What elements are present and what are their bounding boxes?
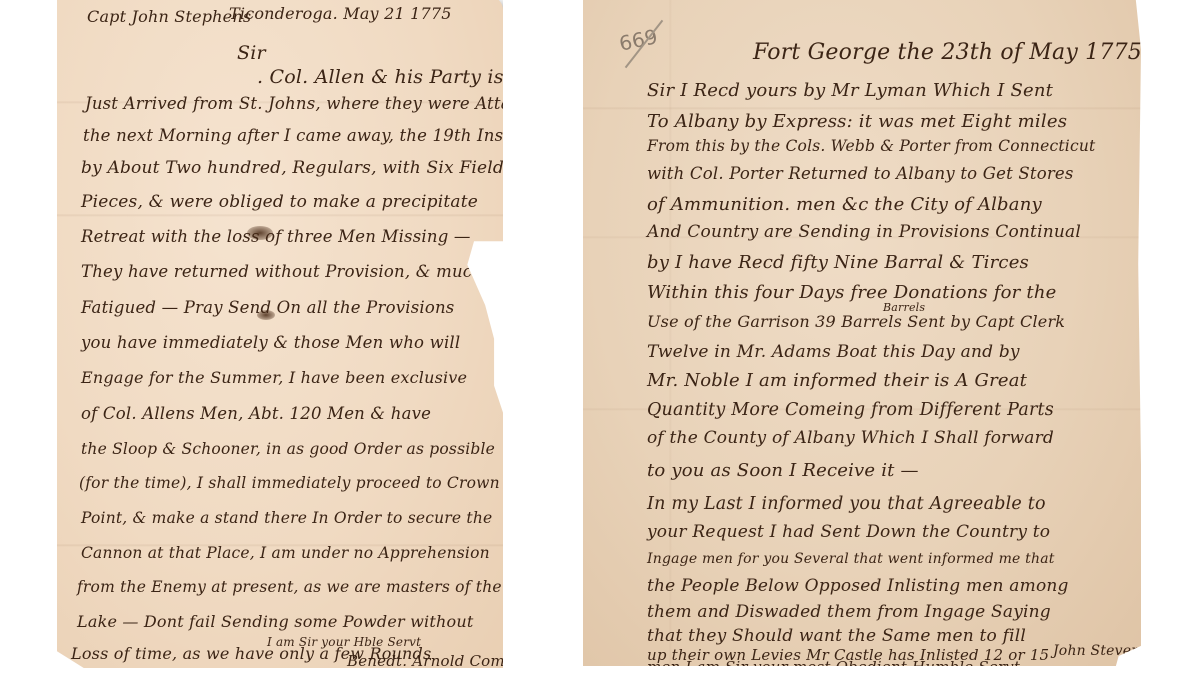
letter-line: them and Diswaded them from Ingage Sayin… xyxy=(647,604,1051,621)
closing: I am Sir your Hble Servt xyxy=(267,636,421,648)
addressee: Capt John Stephens xyxy=(87,9,251,25)
letter-line: men I am Sir your most Obedient Humble S… xyxy=(647,660,1020,675)
place-date: Fort George the 23th of May 1775 xyxy=(753,42,1142,64)
letter-line: the Sloop & Schooner, in as good Order a… xyxy=(81,442,495,458)
letter-line: you have immediately & those Men who wil… xyxy=(81,335,460,352)
signature: Benedt. Arnold Comdr xyxy=(347,654,522,669)
letter-line: to you as Soon I Receive it — xyxy=(647,462,919,480)
letter-line: the next Morning after I came away, the … xyxy=(83,128,516,145)
letter-line: Engage for the Summer, I have been exclu… xyxy=(81,370,467,386)
letter-line: of Ammunition. men &c the City of Albany xyxy=(647,196,1042,214)
letter-line: From this by the Cols. Webb & Porter fro… xyxy=(647,139,1095,155)
letter-line: your Request I had Sent Down the Country… xyxy=(647,524,1050,541)
letter-line: They have returned without Provision, & … xyxy=(81,264,483,281)
letter-line: In my Last I informed you that Agreeable… xyxy=(647,496,1046,514)
letter-line: Cannon at that Place, I am under no Appr… xyxy=(81,546,490,562)
letter-line: from the Enemy at present, as we are mas… xyxy=(77,580,502,596)
letter-line: by About Two hundred, Regulars, with Six… xyxy=(81,160,504,177)
letter-line: And Country are Sending in Provisions Co… xyxy=(647,224,1081,241)
letter-line: that they Should want the Same men to fi… xyxy=(647,628,1026,645)
place-date: Ticonderoga. May 21 1775 xyxy=(229,6,452,22)
letter-line: Sir I Recd yours by Mr Lyman Which I Sen… xyxy=(647,82,1053,100)
letter-arnold: Ticonderoga. May 21 1775 Capt John Steph… xyxy=(57,0,503,668)
letter-line: Pieces, & were obliged to make a precipi… xyxy=(81,194,478,211)
ink-blot xyxy=(257,310,275,320)
letter-line: by I have Recd fifty Nine Barral & Tirce… xyxy=(647,254,1029,272)
letter-line: Use of the Garrison 39 Barrels Sent by C… xyxy=(647,314,1065,330)
letter-line: Lake — Dont fail Sending some Powder wit… xyxy=(77,614,473,630)
letter-line: Mr. Noble I am informed their is A Great xyxy=(647,372,1027,390)
letter-stevens: 669 Fort George the 23th of May 1775 Sir… xyxy=(583,0,1141,666)
letter-line: of Col. Allens Men, Abt. 120 Men & have xyxy=(81,406,431,423)
signature: John Stevens xyxy=(1053,644,1148,658)
ink-blot xyxy=(247,226,273,240)
salutation: Sir xyxy=(237,44,266,63)
letter-line: To Albany by Express: it was met Eight m… xyxy=(647,113,1067,131)
letter-line: with Col. Porter Returned to Albany to G… xyxy=(647,166,1074,183)
letter-line: Point, & make a stand there In Order to … xyxy=(81,511,492,527)
letter-line: Retreat with the loss of three Men Missi… xyxy=(81,229,471,246)
letter-line: Quantity More Comeing from Different Par… xyxy=(647,402,1054,420)
letter-line: (for the time), I shall immediately proc… xyxy=(79,476,500,492)
letter-line: Just Arrived from St. Johns, where they … xyxy=(85,96,551,113)
letter-line: of the County of Albany Which I Shall fo… xyxy=(647,430,1054,447)
letter-line: Ingage men for you Several that went inf… xyxy=(647,552,1055,566)
letter-line: Within this four Days free Donations for… xyxy=(647,284,1056,302)
letter-line: Twelve in Mr. Adams Boat this Day and by xyxy=(647,344,1020,361)
letter-line: the People Below Opposed Inlisting men a… xyxy=(647,578,1069,595)
letter-line: . Col. Allen & his Party is xyxy=(257,68,504,87)
